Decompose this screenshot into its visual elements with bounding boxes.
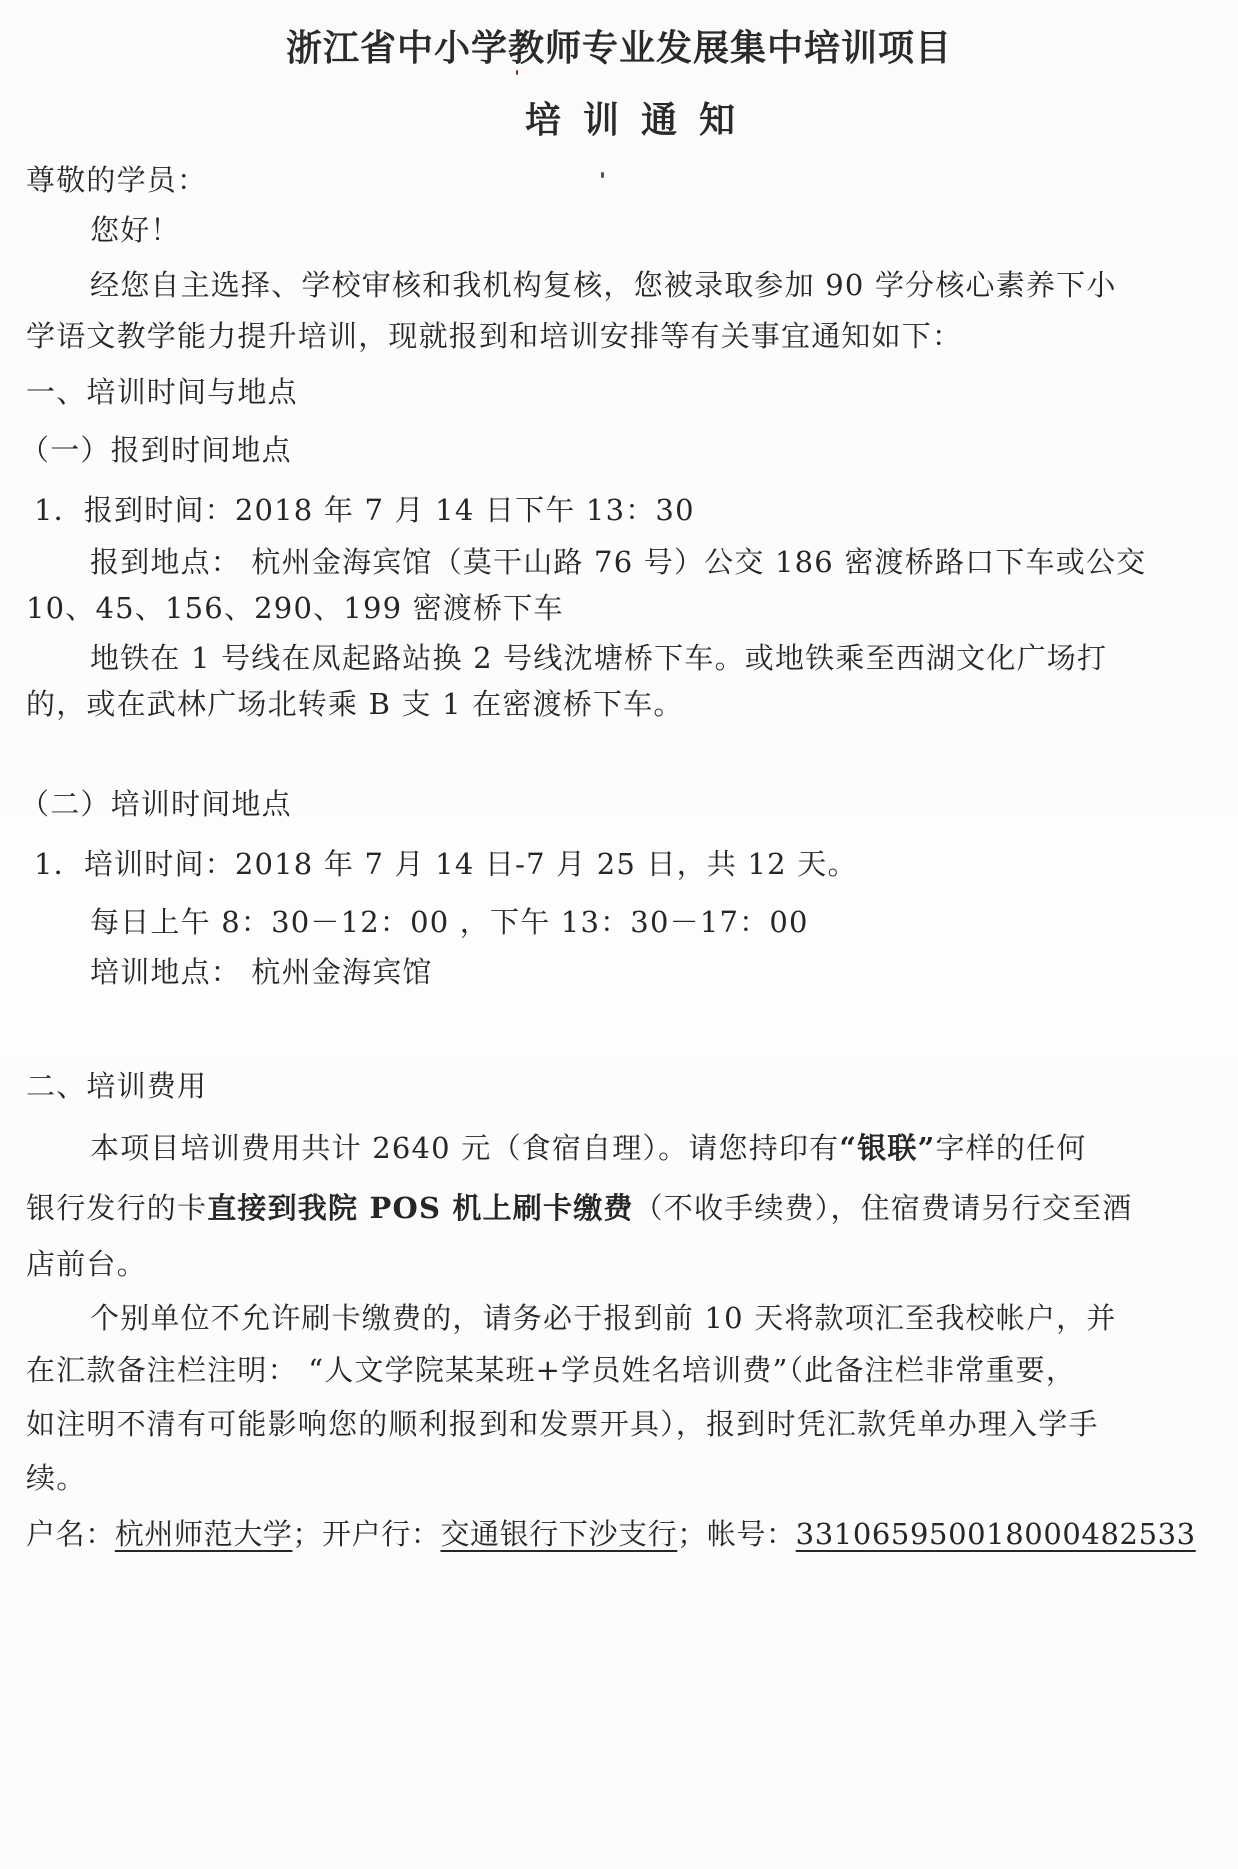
section-1-1-heading: （一）报到时间地点 [20,430,292,470]
scanned-page: 浙江省中小学教师专业发展集中培训项目 培训通知 尊敬的学员： 您好！ 经您自主选… [0,0,1238,1869]
account-number-label: 帐号： [707,1517,796,1551]
scan-speck [601,172,604,178]
intro-line-1: 经您自主选择、学校审核和我机构复核，您被录取参加 90 学分核心素养下小 [90,265,1117,305]
bank-info-line: 户名：杭州师范大学；开户行：交通银行下沙支行；帐号：33106595001800… [26,1514,1196,1554]
account-number: 331065950018000482533 [796,1517,1196,1551]
salutation: 尊敬的学员： [26,160,207,200]
report-location-line-1: 报到地点： 杭州金海宾馆（莫干山路 76 号）公交 186 密渡桥路口下车或公交 [90,542,1146,582]
metro-line-1: 地铁在 1 号线在凤起路站换 2 号线沈塘桥下车。或地铁乘至西湖文化广场打 [90,638,1107,678]
account-name-label: 户名： [26,1517,115,1551]
training-time: 1．培训时间：2018 年 7 月 14 日-7 月 25 日，共 12 天。 [34,844,858,884]
fee-p1-line-2: 银行发行的卡直接到我院 POS 机上刷卡缴费（不收手续费），住宿费请另行交至酒 [26,1188,1133,1228]
document-subtitle: 培训通知 [0,92,1238,143]
metro-line-2: 的，或在武林广场北转乘 B 支 1 在密渡桥下车。 [26,684,684,724]
bank-label: 开户行： [322,1517,440,1551]
fee-p2-line-3: 如注明不清有可能影响您的顺利报到和发票开具），报到时凭汇款凭单办理入学手 [26,1404,1099,1444]
fee-text: 银行发行的卡 [26,1191,207,1225]
scan-speck [516,70,518,75]
document-title: 浙江省中小学教师专业发展集中培训项目 [0,20,1238,71]
account-name: 杭州师范大学 [115,1517,293,1551]
fee-text: （不收手续费），住宿费请另行交至酒 [634,1191,1133,1225]
unionpay-emphasis: “银联” [839,1131,935,1165]
report-location-line-2: 10、45、156、290、199 密渡桥下车 [26,588,564,628]
fee-p2-line-1: 个别单位不允许刷卡缴费的，请务必于报到前 10 天将款项汇至我校帐户，并 [90,1298,1117,1338]
bank-name: 交通银行下沙支行 [440,1517,677,1551]
section-2-heading: 二、培训费用 [26,1066,207,1106]
pos-payment-emphasis: 直接到我院 POS 机上刷卡缴费 [207,1191,633,1225]
section-1-heading: 一、培训时间与地点 [26,372,298,412]
separator: ； [677,1517,707,1551]
fee-p2-line-2: 在汇款备注栏注明： “人文学院某某班+学员姓名培训费”（此备注栏非常重要， [26,1350,1076,1390]
greeting: 您好！ [90,210,181,250]
intro-line-2: 学语文教学能力提升培训，现就报到和培训安排等有关事宜通知如下： [26,316,962,356]
fee-p2-line-4: 续。 [26,1458,86,1498]
training-location: 培训地点： 杭州金海宾馆 [90,952,433,992]
report-time: 1．报到时间：2018 年 7 月 14 日下午 13：30 [34,490,695,530]
separator: ； [292,1517,322,1551]
daily-schedule: 每日上午 8：30－12：00 ，下午 13：30－17：00 [90,902,809,942]
fee-p1-line-1: 本项目培训费用共计 2640 元（食宿自理）。请您持印有“银联”字样的任何 [90,1128,1087,1168]
fee-text: 字样的任何 [936,1131,1087,1165]
fee-p1-line-3: 店前台。 [26,1244,147,1284]
fee-text: 本项目培训费用共计 2640 元（食宿自理）。请您持印有 [90,1131,839,1165]
section-1-2-heading: （二）培训时间地点 [20,784,292,824]
